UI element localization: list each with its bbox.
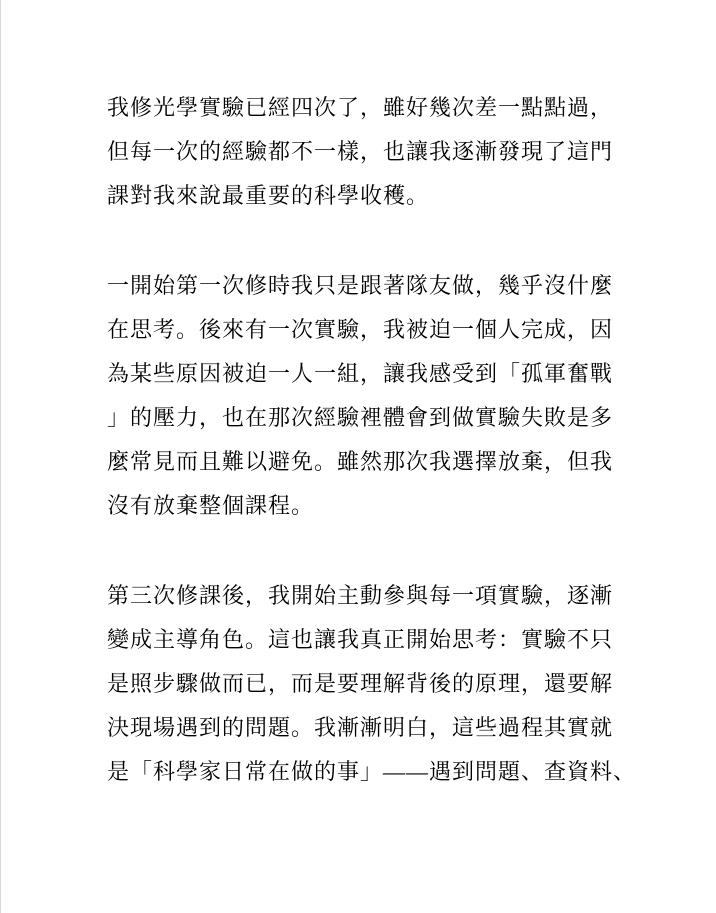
document-content: 我修光學實驗已經四次了，雖好幾次差一點點過， 但每一次的經驗都不一樣，也讓我逐漸…: [107, 86, 647, 794]
document-page: 我修光學實驗已經四次了，雖好幾次差一點點過， 但每一次的經驗都不一樣，也讓我逐漸…: [0, 0, 716, 913]
text-line: 變成主導角色。這也讓我真正開始思考：實驗不只: [107, 618, 647, 662]
paragraph-3: 第三次修課後，我開始主動參與每一項實驗，逐漸 變成主導角色。這也讓我真正開始思考…: [107, 574, 647, 794]
text-line: 在思考。後來有一次實驗，我被迫一個人完成，因: [107, 308, 647, 352]
text-line: 」的壓力，也在那次經驗裡體會到做實驗失敗是多: [107, 396, 647, 440]
text-line: 為某些原因被迫一人一組，讓我感受到「孤軍奮戰: [107, 352, 647, 396]
text-line: 是照步驟做而已，而是要理解背後的原理，還要解: [107, 662, 647, 706]
text-line: 麼常見而且難以避免。雖然那次我選擇放棄，但我: [107, 440, 647, 484]
text-line: 決現場遇到的問題。我漸漸明白，這些過程其實就: [107, 706, 647, 750]
text-line: 課對我來說最重要的科學收穫。: [107, 174, 647, 218]
text-line: 一開始第一次修時我只是跟著隊友做，幾乎沒什麼: [107, 264, 647, 308]
paragraph-1: 我修光學實驗已經四次了，雖好幾次差一點點過， 但每一次的經驗都不一樣，也讓我逐漸…: [107, 86, 647, 218]
text-line: 但每一次的經驗都不一樣，也讓我逐漸發現了這門: [107, 130, 647, 174]
text-line: 是「科學家日常在做的事」——遇到問題、查資料、: [107, 750, 647, 794]
text-line: 沒有放棄整個課程。: [107, 484, 647, 528]
text-line: 我修光學實驗已經四次了，雖好幾次差一點點過，: [107, 86, 647, 130]
text-line: 第三次修課後，我開始主動參與每一項實驗，逐漸: [107, 574, 647, 618]
paragraph-2: 一開始第一次修時我只是跟著隊友做，幾乎沒什麼 在思考。後來有一次實驗，我被迫一個…: [107, 264, 647, 528]
